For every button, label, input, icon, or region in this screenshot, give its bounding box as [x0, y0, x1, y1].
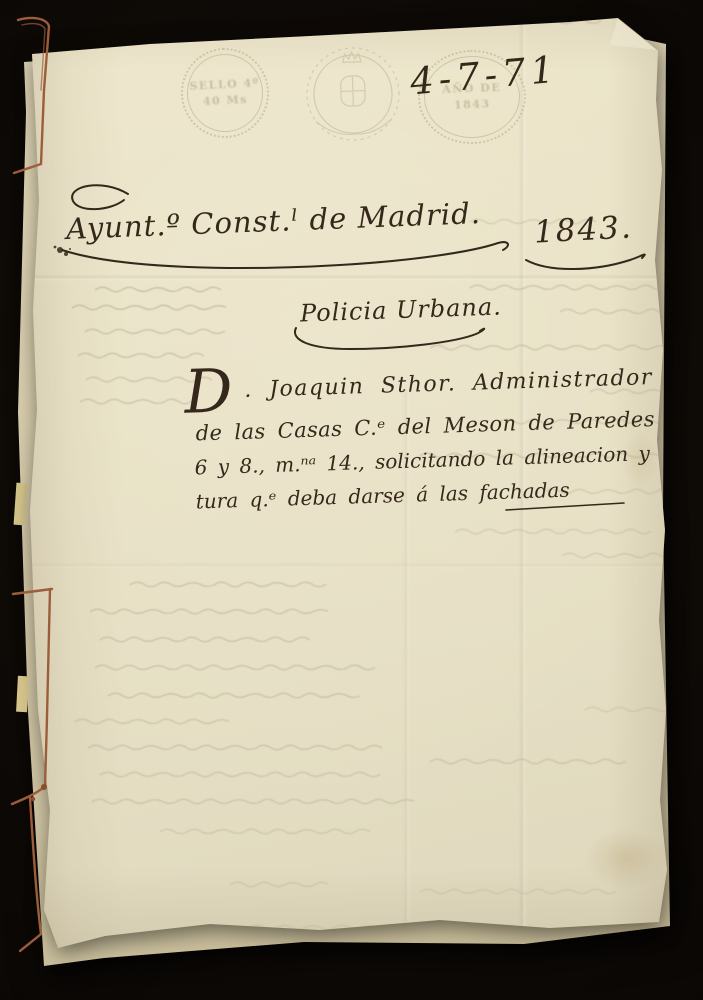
- thread-knot: [31, 784, 47, 801]
- binding-thread: [0, 0, 703, 1000]
- archival-scan-background: SELLO 4º 40 Ms AÑO DE 1843: [0, 0, 703, 1000]
